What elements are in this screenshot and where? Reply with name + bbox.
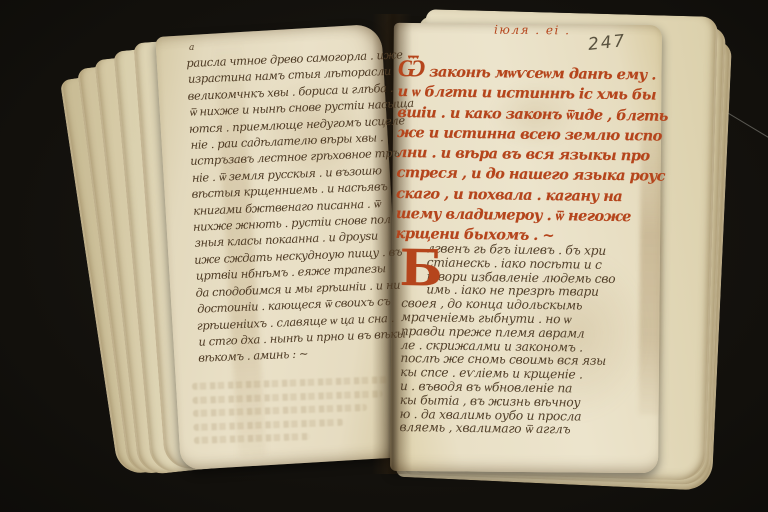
bleedthrough-line bbox=[194, 433, 310, 444]
drop-cap-initial: Б bbox=[399, 243, 442, 294]
right-page-header: іюля . еі . bbox=[494, 23, 571, 38]
rubric-line: Ѿ законѣ мѡѵсеѡм данѣ ему . bbox=[398, 58, 669, 86]
bleedthrough-line bbox=[193, 404, 367, 417]
rubric-text-block: Ѿ законѣ мѡѵсеѡм данѣ ему . и ѡ блгти и … bbox=[395, 58, 668, 248]
right-page-text: Б лгвенъ гь бгъ іилевъ . бъ хри стіанеск… bbox=[399, 242, 615, 438]
left-page-text: раисла чтное древо самогорла . иже израс… bbox=[186, 46, 423, 366]
bleedthrough-line bbox=[193, 418, 343, 430]
bleedthrough-line bbox=[192, 390, 382, 404]
margin-note: а bbox=[189, 43, 194, 53]
page-number: 247 bbox=[587, 31, 627, 55]
bleedthrough-text bbox=[192, 376, 390, 450]
photo-background: а раисла чтное древо самогорла . иже изр… bbox=[0, 0, 768, 512]
manuscript-line: вляемь , хвалимаго ѿ агглъ bbox=[399, 421, 613, 438]
